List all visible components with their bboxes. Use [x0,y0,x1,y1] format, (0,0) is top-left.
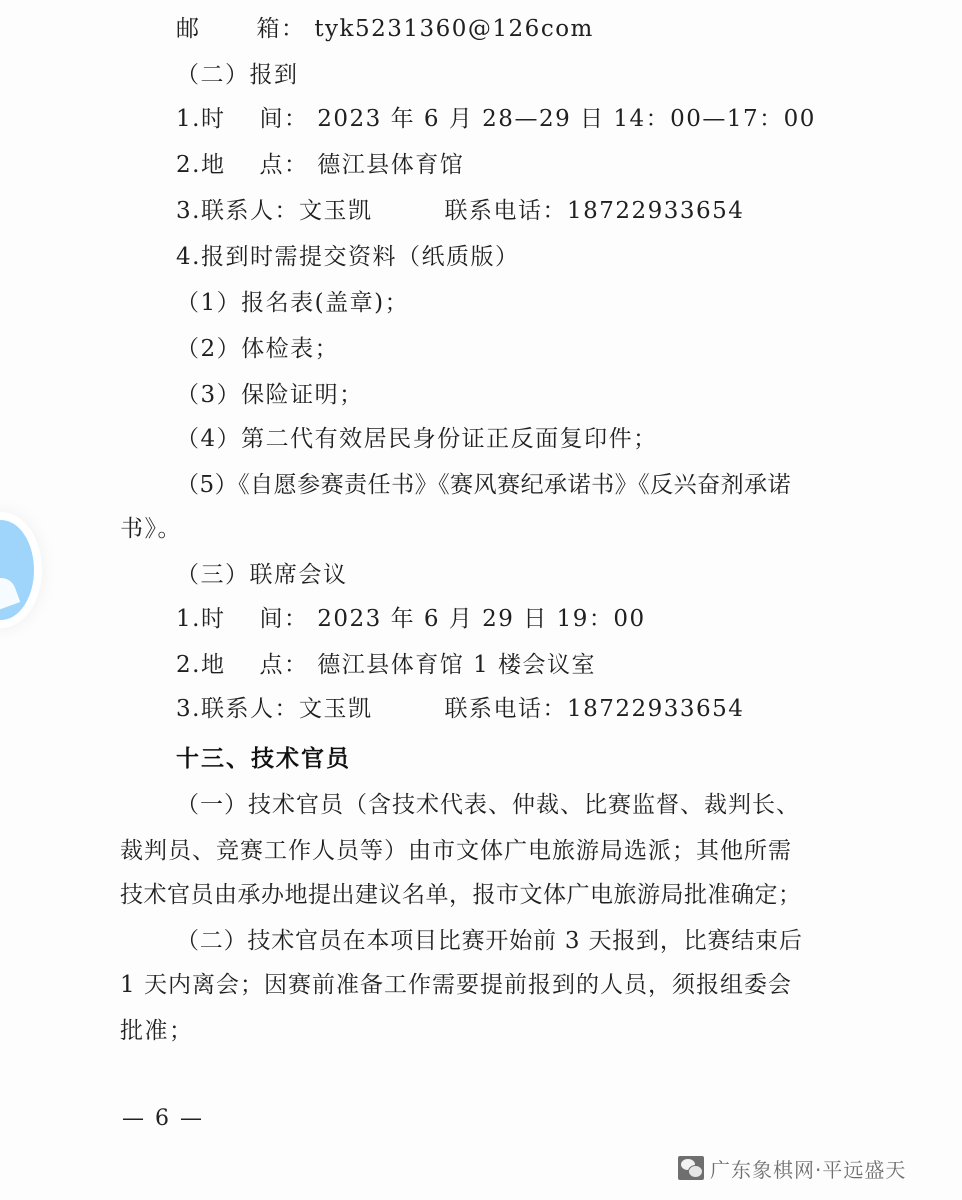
report-phone-value: 18722933654 [567,198,744,224]
report-place-line: 2.地点： 德江县体育馆 [176,150,464,180]
report-contact-name: 文玉凯 [299,198,373,224]
report-contact-label: 3.联系人： [176,198,299,224]
meeting-contact-label: 3.联系人： [176,696,299,722]
material-item: （3）保险证明； [176,380,364,410]
email-label-b: 箱： [257,16,306,42]
material-item: （5）《自愿参赛责任书》《赛风赛纪承诺书》《反兴奋剂承诺 [176,470,791,500]
material-item: （2）体检表； [176,334,339,364]
document-page: 邮箱： tyk5231360@126com （二）报到 1.时间： 2023 年… [0,0,962,1200]
meeting-place-label-a: 2.地 [176,652,225,678]
meeting-place-value: 德江县体育馆 1 楼会议室 [317,652,596,678]
watermark: 广东象棋网·平远盛天 [678,1155,906,1181]
chat-bubble-icon [0,574,20,612]
meeting-place-line: 2.地点： 德江县体育馆 1 楼会议室 [176,650,596,680]
material-item-continuation: 书》。 [120,514,182,544]
meeting-time-label-b: 间： [259,606,308,632]
meeting-time-line: 1.时间： 2023 年 6 月 29 日 19：00 [176,604,646,634]
wechat-icon [678,1156,704,1180]
report-phone-label: 联系电话： [444,198,567,224]
meeting-place-label-b: 点： [259,652,308,678]
officials-paragraph-2-line: （二）技术官员在本项目比赛开始前 3 天报到，比赛结束后 [176,926,803,956]
officials-paragraph-1-line: 技术官员由承办地提出建议名单，报市文体广电旅游局批准确定； [120,880,802,910]
meeting-contact-name: 文玉凯 [299,696,373,722]
meeting-phone-value: 18722933654 [567,696,744,722]
page-number: — 6 — [122,1104,204,1134]
watermark-text: 广东象棋网·平远盛天 [710,1154,906,1183]
officials-paragraph-2-line: 1 天内离会；因赛前准备工作需要提前报到的人员，须报组委会 [120,970,792,1000]
report-place-value: 德江县体育馆 [317,152,464,178]
officials-paragraph-1-line: 裁判员、竞赛工作人员等）由市文体广电旅游局选派；其他所需 [120,836,792,866]
report-materials-title: 4.报到时需提交资料（纸质版） [176,242,519,272]
report-time-label-a: 1.时 [176,106,225,132]
email-line: 邮箱： tyk5231360@126com [176,14,594,44]
meeting-contact-line: 3.联系人：文玉凯联系电话：18722933654 [176,694,744,724]
meeting-phone-label: 联系电话： [444,696,567,722]
material-item: （4）第二代有效居民身份证正反面复印件； [176,424,658,454]
material-item: （1）报名表(盖章)； [176,288,409,318]
report-time-label-b: 间： [259,106,308,132]
section-meeting-title: （三）联席会议 [176,560,348,590]
email-label-a: 邮 [176,16,201,42]
meeting-time-value: 2023 年 6 月 29 日 19：00 [317,606,645,632]
email-value: tyk5231360@126com [314,16,594,42]
report-place-label-b: 点： [259,152,308,178]
report-contact-line: 3.联系人：文玉凯联系电话：18722933654 [176,196,744,226]
report-time-line: 1.时间： 2023 年 6 月 28—29 日 14：00—17：00 [176,104,816,134]
officials-paragraph-2-line: 批准； [120,1016,194,1046]
section-heading-officials: 十三、技术官员 [176,744,351,774]
officials-paragraph-1-line: （一）技术官员（含技术代表、仲裁、比赛监督、裁判长、 [176,790,800,820]
meeting-time-label-a: 1.时 [176,606,225,632]
section-report-title: （二）报到 [176,60,299,90]
report-place-label-a: 2.地 [176,152,225,178]
report-time-value: 2023 年 6 月 28—29 日 14：00—17：00 [317,106,816,132]
